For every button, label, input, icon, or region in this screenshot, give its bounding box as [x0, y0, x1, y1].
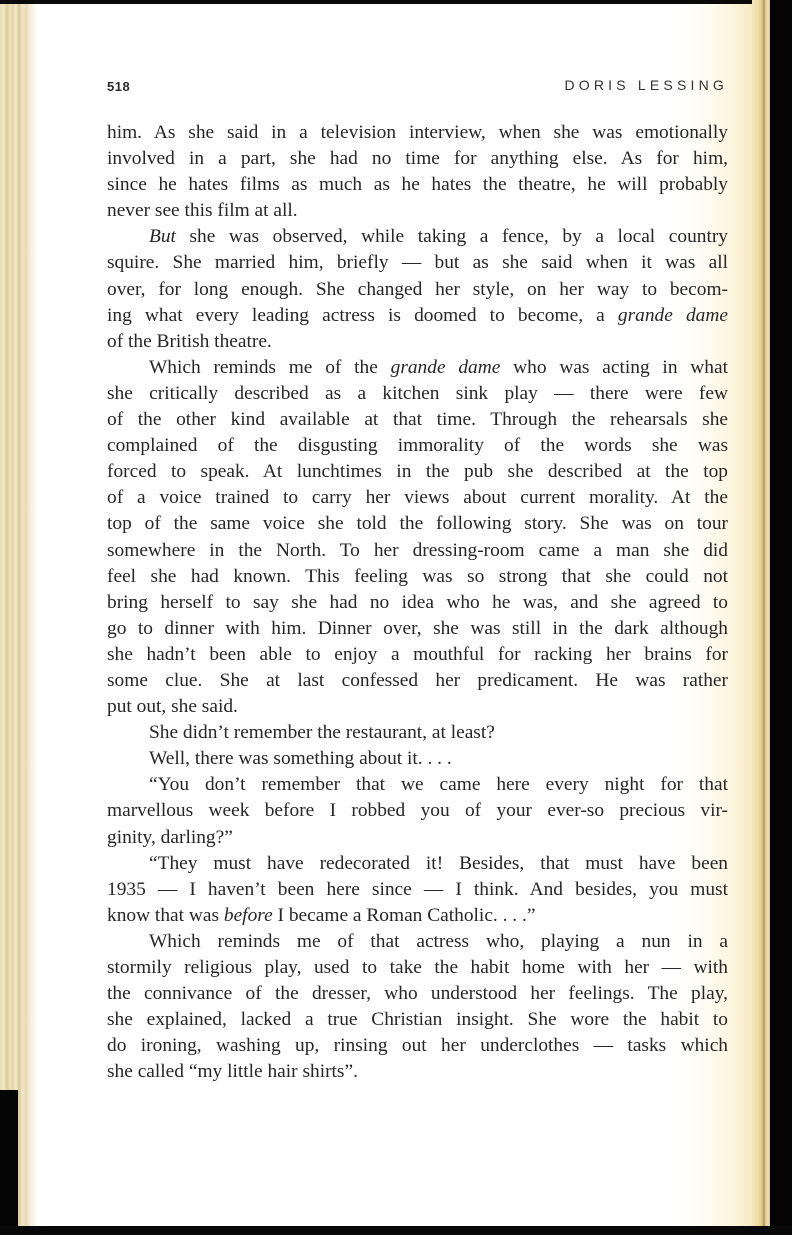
running-title: DORIS LESSING: [564, 77, 728, 93]
right-page-edges: [752, 0, 772, 1230]
text-line: him. As she said in a television intervi…: [107, 120, 728, 146]
text-line: go to dinner with him. Dinner over, she …: [107, 616, 728, 642]
text-line: marvellous week before I robbed you of y…: [107, 798, 728, 824]
text-line: never see this film at all.: [107, 198, 728, 224]
text-line: of the British theatre.: [107, 329, 728, 355]
text-line: know that was before I became a Roman Ca…: [107, 903, 728, 929]
text-line: forced to speak. At lunchtimes in the pu…: [107, 459, 728, 485]
paragraph: Which reminds me of that actress who, pl…: [107, 929, 728, 1086]
scan-left-shadow: [0, 1090, 18, 1235]
page-number: 518: [107, 79, 130, 94]
scan-bottom-border: [0, 1226, 792, 1235]
paragraph: him. As she said in a television intervi…: [107, 120, 728, 224]
text-line: stormily religious play, used to take th…: [107, 955, 728, 981]
text-line: complained of the disgusting immorality …: [107, 433, 728, 459]
running-head: 518 DORIS LESSING: [107, 77, 728, 97]
italic-text: But: [149, 226, 176, 247]
paragraph: But she was observed, while taking a fen…: [107, 224, 728, 354]
text-line: She didn’t remember the restaurant, at l…: [107, 720, 728, 746]
text-line: Well, there was something about it. . . …: [107, 746, 728, 772]
text-line: she explained, lacked a true Christian i…: [107, 1007, 728, 1033]
text-line: top of the same voice she told the follo…: [107, 511, 728, 537]
text-line: ing what every leading actress is doomed…: [107, 303, 728, 329]
text-line: Which reminds me of that actress who, pl…: [107, 929, 728, 955]
text-line: she hadn’t been able to enjoy a mouthful…: [107, 642, 728, 668]
text-line: she critically described as a kitchen si…: [107, 381, 728, 407]
book-scan: 518 DORIS LESSING him. As she said in a …: [0, 0, 792, 1235]
scan-right-border: [770, 0, 792, 1235]
text-line: do ironing, washing up, rinsing out her …: [107, 1033, 728, 1059]
italic-text: grande dame: [391, 357, 501, 378]
text-line: feel she had known. This feeling was so …: [107, 564, 728, 590]
italic-text: before: [224, 905, 273, 926]
italic-text: grande dame: [618, 305, 728, 326]
body-text: him. As she said in a television intervi…: [107, 120, 728, 1085]
left-page-edges: [0, 4, 40, 1235]
text-line: Which reminds me of the grande dame who …: [107, 355, 728, 381]
text-line: ginity, darling?”: [107, 825, 728, 851]
text-line: bring herself to say she had no idea who…: [107, 590, 728, 616]
text-line: put out, she said.: [107, 694, 728, 720]
text-line: But she was observed, while taking a fen…: [107, 224, 728, 250]
text-line: since he hates films as much as he hates…: [107, 172, 728, 198]
text-line: over, for long enough. She changed her s…: [107, 277, 728, 303]
paragraph: Well, there was something about it. . . …: [107, 746, 728, 772]
text-line: 1935 — I haven’t been here since — I thi…: [107, 877, 728, 903]
text-line: “You don’t remember that we came here ev…: [107, 772, 728, 798]
text-line: involved in a part, she had no time for …: [107, 146, 728, 172]
text-line: she called “my little hair shirts”.: [107, 1059, 728, 1085]
text-line: of the other kind available at that time…: [107, 407, 728, 433]
text-line: “They must have redecorated it! Besides,…: [107, 851, 728, 877]
paragraph: Which reminds me of the grande dame who …: [107, 355, 728, 720]
paragraph: “They must have redecorated it! Besides,…: [107, 851, 728, 929]
paragraph: “You don’t remember that we came here ev…: [107, 772, 728, 850]
text-line: squire. She married him, briefly — but a…: [107, 250, 728, 276]
text-line: some clue. She at last confessed her pre…: [107, 668, 728, 694]
text-line: the connivance of the dresser, who under…: [107, 981, 728, 1007]
text-line: somewhere in the North. To her dressing-…: [107, 538, 728, 564]
paragraph: She didn’t remember the restaurant, at l…: [107, 720, 728, 746]
text-line: of a voice trained to carry her views ab…: [107, 485, 728, 511]
